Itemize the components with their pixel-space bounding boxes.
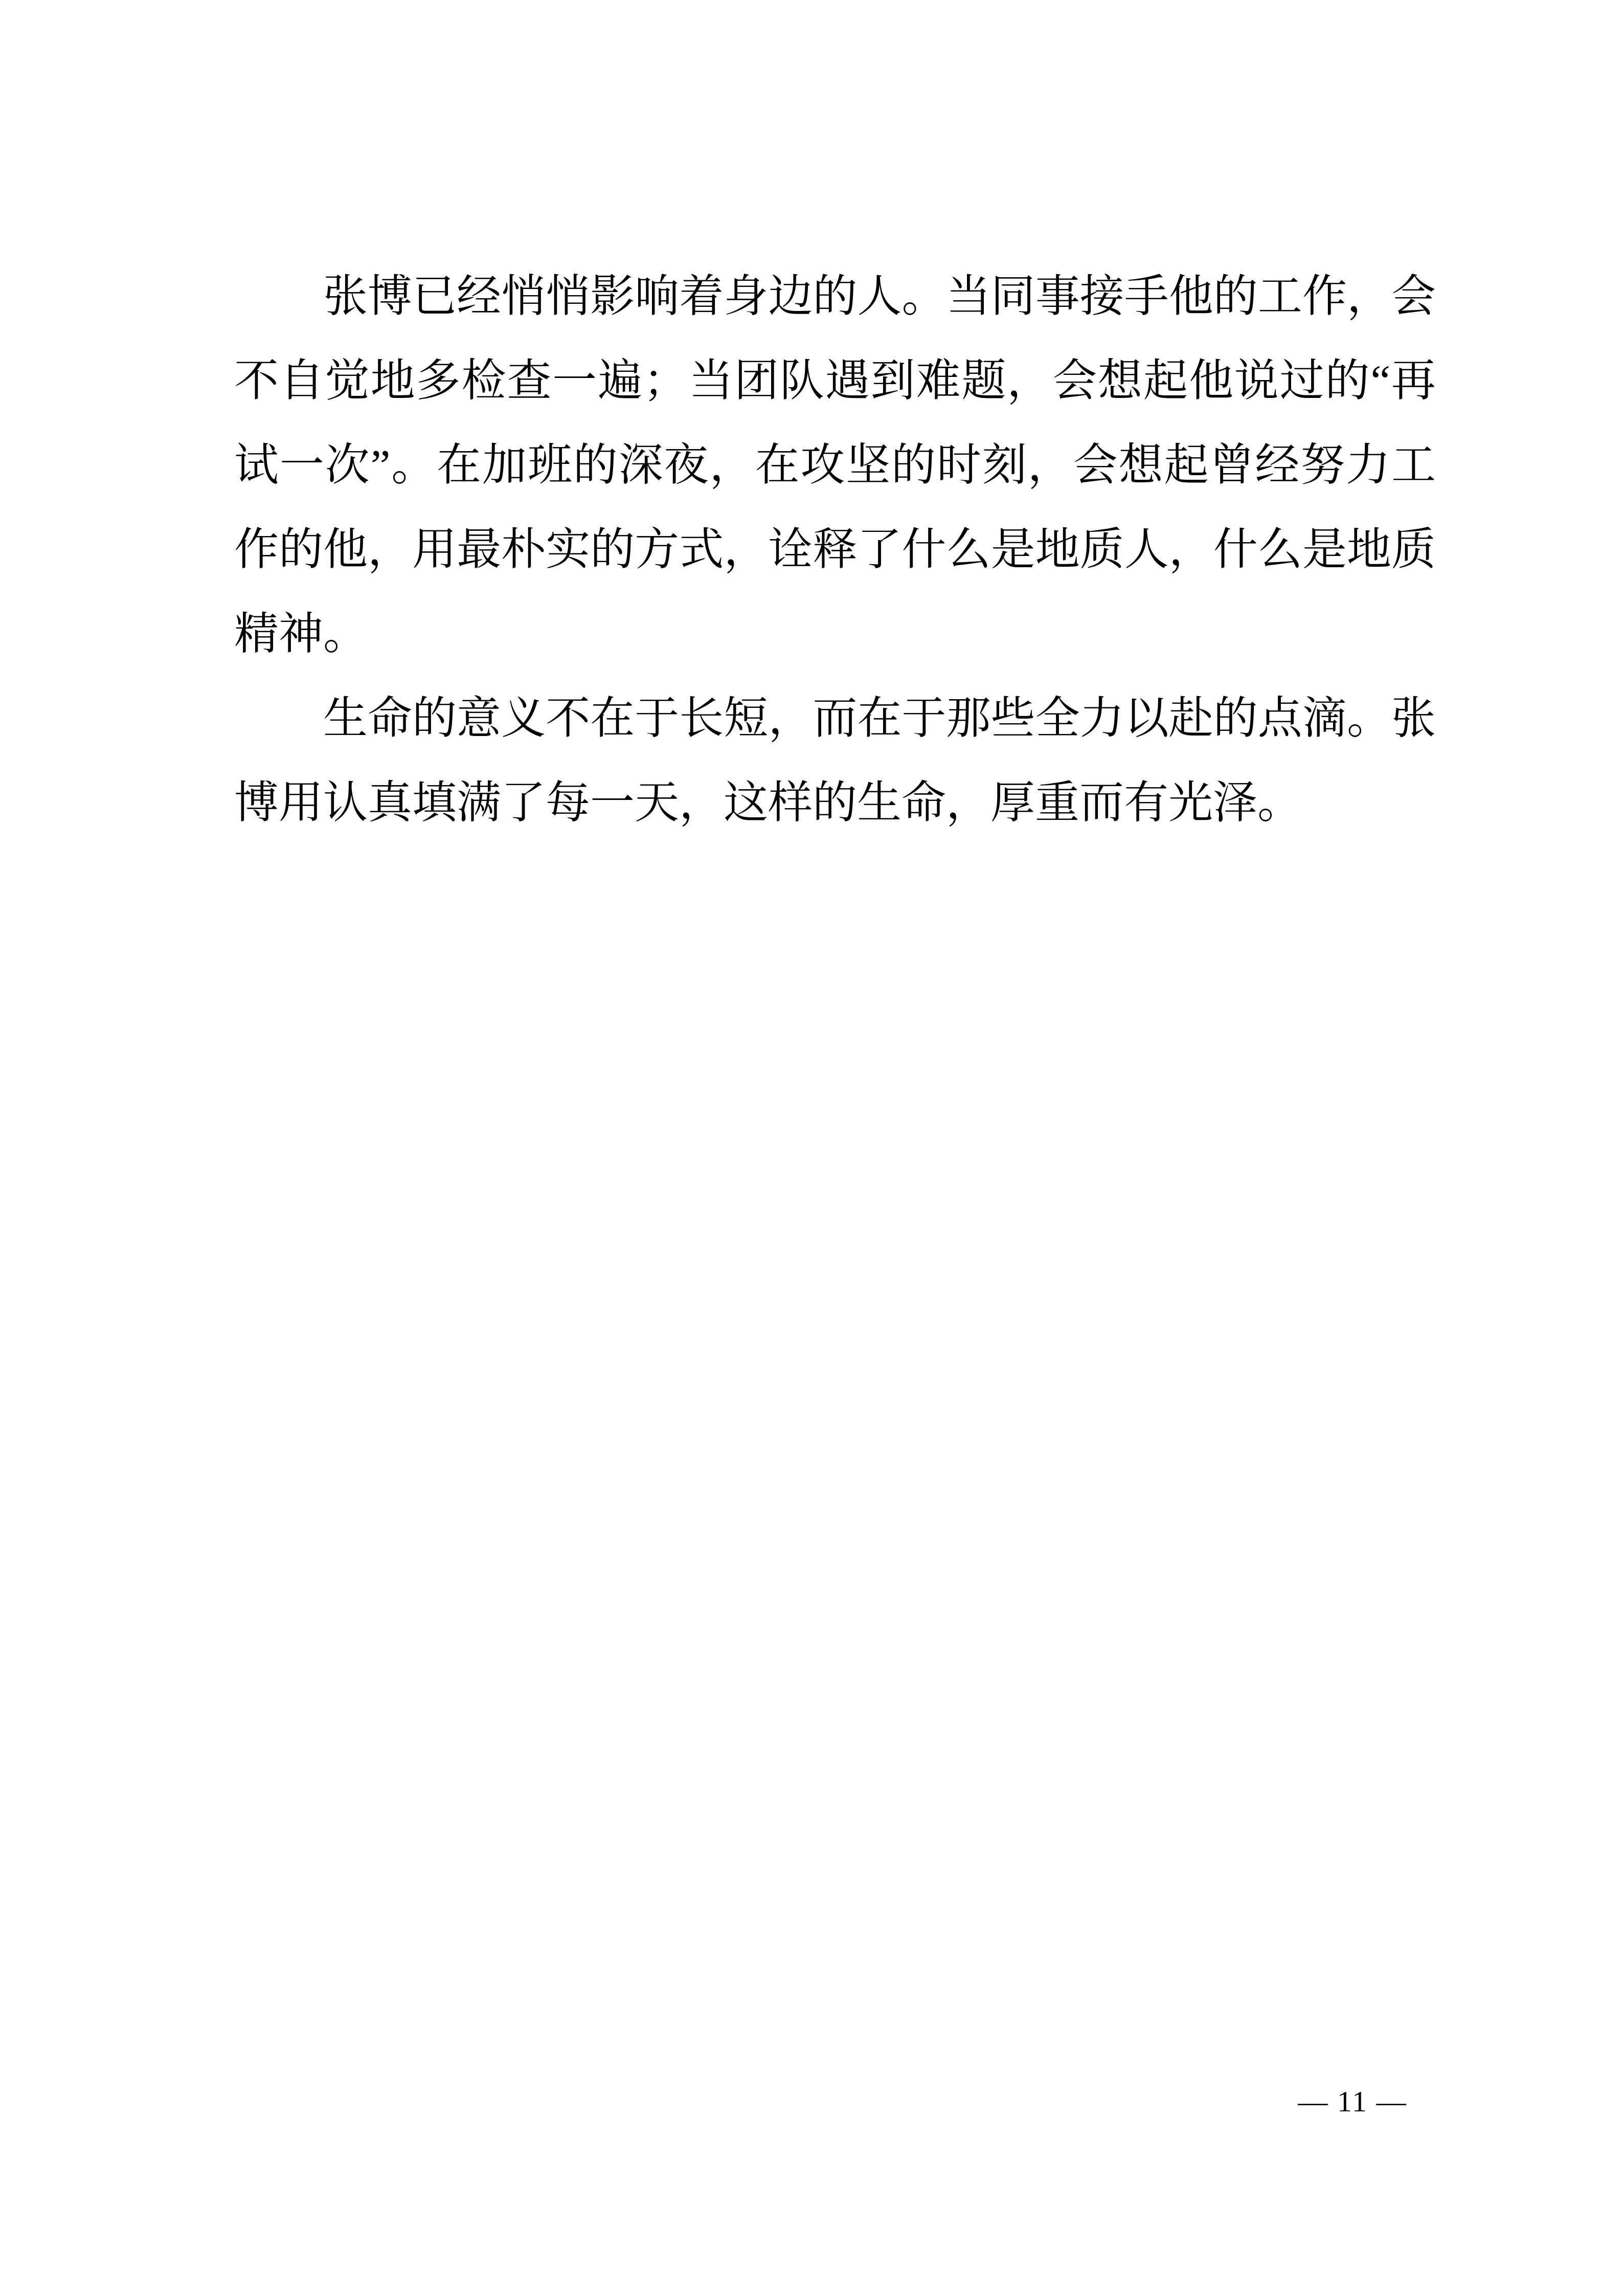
document-body: 张博已经悄悄影响着身边的人。当同事接手他的工作，会 不自觉地多检查一遍；当团队遇… (234, 254, 1436, 845)
text-line: 作的他，用最朴实的方式，诠释了什么是地质人，什么是地质 (234, 507, 1436, 592)
text-line: 精神。 (234, 592, 1436, 676)
text-line: 博用认真填满了每一天，这样的生命，厚重而有光泽。 (234, 761, 1436, 845)
document-page: 张博已经悄悄影响着身边的人。当同事接手他的工作，会 不自觉地多检查一遍；当团队遇… (0, 0, 1623, 2296)
page-number: — 11 — (1263, 2085, 1442, 2119)
text-line: 试一次”。在加班的深夜，在攻坚的时刻，会想起曾经努力工 (234, 423, 1436, 507)
text-line: 不自觉地多检查一遍；当团队遇到难题，会想起他说过的“再 (234, 339, 1436, 423)
paragraph-2: 生命的意义不在于长短，而在于那些全力以赴的点滴。张 博用认真填满了每一天，这样的… (234, 676, 1436, 845)
text-line: 生命的意义不在于长短，而在于那些全力以赴的点滴。张 (234, 676, 1436, 761)
paragraph-1: 张博已经悄悄影响着身边的人。当同事接手他的工作，会 不自觉地多检查一遍；当团队遇… (234, 254, 1436, 676)
text-line: 张博已经悄悄影响着身边的人。当同事接手他的工作，会 (234, 254, 1436, 339)
